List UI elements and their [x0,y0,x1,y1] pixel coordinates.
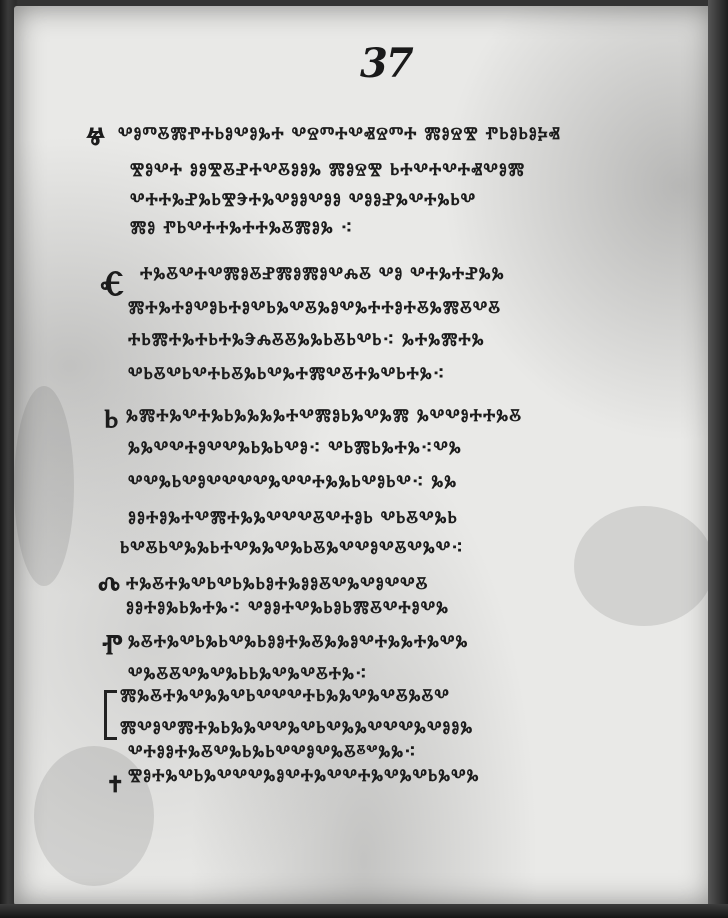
text-line: ⰂⰀⰑⰑⰀⰃⰋⰂⰃⰓⰃⰓⰂⰂⰑⰂⰃⰋⰻⰲⰃⰃ⁖ [128,742,498,762]
text-line: ⰂⰓⰋⰂⰓⰂⰀⰓⰋⰃⰓⰂⰃⰀⰏⰂⰋⰀⰃⰂⰓⰀⰃ⁖ [128,364,568,384]
text-line: ⰂⰑⰕⰋⰏⰒⰀⰓⰑⰂⰑⰃⰀ ⰂⰔⰕⰀⰂⰟⰔⰕⰀ ⰏⰑⰔⰊ ⰒⰓⰑⰓⰑⰍⰟ [118,124,578,144]
folio-number: 37 [360,40,412,87]
text-line: ⰏⰑ ⰒⰓⰂⰀⰀⰃⰀⰀⰃⰋⰏⰑⰃ ⁖ [130,218,400,238]
text-line: ⰊⰑⰂⰀ ⰑⰑⰊⰋⰐⰀⰂⰋⰑⰑⰃ ⰏⰑⰔⰊ ⰓⰀⰂⰀⰂⰀⰟⰂⰑⰏ [130,160,590,180]
initial-letter: Ⱔ [100,264,124,304]
text-line: ⰏⰃⰋⰀⰃⰂⰃⰃⰂⰓⰂⰂⰂⰀⰓⰃⰃⰂⰃⰂⰋⰃⰋⰂ [120,686,580,706]
text-line: ⰂⰀⰀⰃⰐⰃⰓⰊⰅⰀⰃⰂⰑⰑⰂⰑⰑ ⰂⰑⰑⰐⰃⰂⰀⰃⰓⰂ [130,190,560,210]
text-line: ⰏⰀⰃⰀⰑⰂⰑⰓⰀⰑⰂⰓⰃⰂⰋⰃⰑⰂⰃⰀⰀⰑⰀⰋⰃⰏⰋⰂⰋ [128,298,598,318]
initial-letter: Ⱂ [102,628,123,662]
text-line: ⰃⰃⰂⰂⰀⰑⰂⰂⰃⰓⰃⰓⰂⰑ⁖ ⰂⰓⰏⰓⰃⰀⰃ⁖ⰂⰃ [128,438,588,458]
text-line: ⰑⰑⰀⰑⰃⰀⰂⰏⰀⰃⰃⰂⰂⰂⰋⰂⰀⰑⰓ ⰂⰓⰋⰂⰃⰓ [128,508,578,528]
text-line: ⰀⰓⰏⰀⰃⰀⰓⰀⰃⰅⰎⰋⰋⰃⰃⰓⰋⰓⰂⰓ⁖ ⰃⰀⰃⰏⰀⰃ [128,330,598,350]
text-line: ⰀⰃⰋⰀⰃⰂⰓⰂⰓⰃⰓⰑⰀⰃⰑⰑⰋⰂⰃⰂⰑⰂⰂⰋ [126,574,566,594]
binding-edge [708,0,728,918]
text-line: ⰊⰑⰀⰃⰂⰓⰃⰂⰂⰂⰃⰑⰂⰀⰃⰂⰂⰀⰃⰂⰃⰂⰓⰃⰂⰃ [128,766,608,786]
initial-letter: Ⱍ [86,122,105,153]
text-line: ⰂⰂⰃⰓⰂⰑⰂⰂⰂⰂⰃⰂⰂⰀⰃⰃⰓⰂⰑⰓⰂ⁖ ⰃⰃ [128,472,588,492]
text-line: ⰓⰂⰋⰓⰂⰃⰃⰓⰀⰂⰃⰃⰂⰃⰓⰋⰃⰂⰂⰑⰂⰋⰂⰃⰂ⁖ [120,538,660,558]
stain [14,386,74,586]
text-line: ⰀⰃⰋⰂⰀⰂⰏⰑⰋⰐⰏⰑⰏⰑⰂⰎⰋ ⰂⰑ ⰂⰀⰃⰀⰐⰃⰃ [140,264,590,284]
initial-letter: Ⱃ [104,404,118,435]
initial-letter: Ⰴ [98,572,120,603]
cross-mark: ✝ [106,772,124,798]
text-line: ⰃⰏⰀⰃⰂⰀⰃⰓⰃⰃⰃⰃⰀⰂⰏⰑⰓⰃⰂⰃⰏ ⰃⰂⰂⰑⰀⰀⰃⰋ [126,406,616,426]
bottom-edge [0,904,728,918]
text-line: ⰑⰑⰀⰑⰃⰓⰃⰀⰃ⁖ ⰂⰑⰑⰀⰂⰃⰓⰑⰓⰏⰋⰂⰀⰑⰂⰃ [126,598,656,618]
paragraph-bracket [104,690,117,740]
text-line: ⰏⰂⰑⰂⰏⰀⰃⰓⰃⰃⰂⰂⰃⰂⰓⰂⰃⰃⰂⰂⰂⰃⰂⰑⰑⰃ [120,718,600,738]
text-line: ⰃⰋⰀⰃⰂⰓⰃⰓⰂⰃⰓⰑⰑⰀⰃⰋⰃⰃⰑⰂⰀⰃⰃⰀⰃⰂⰃ [128,632,608,652]
text-line: ⰂⰃⰋⰋⰂⰃⰂⰃⰓⰓⰃⰂⰃⰂⰋⰀⰃ⁖ [128,664,428,684]
